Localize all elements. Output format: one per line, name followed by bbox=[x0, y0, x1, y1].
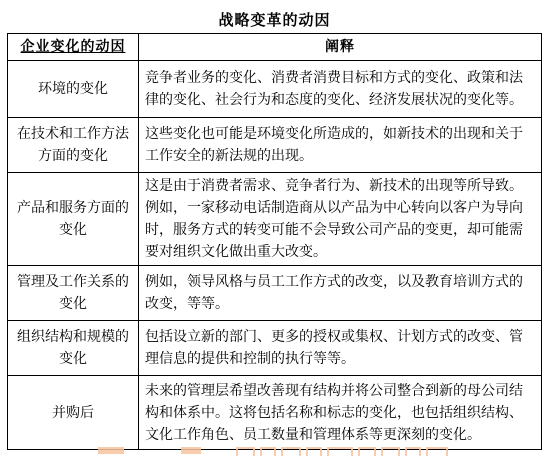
table-header-row: 企业变化的动因 阐释 bbox=[8, 34, 542, 61]
explanation-cell: 未来的管理层希望改善现有结构并将公司整合到新的母公司结构和体系中。这将包括名称和… bbox=[139, 376, 542, 450]
strategic-change-drivers-table: 企业变化的动因 阐释 环境的变化 竞争者业务的变化、消费者消费目标和方式的变化、… bbox=[7, 33, 542, 450]
table-row: 管理及工作关系的变化 例如，领导风格与员工工作方式的改变，以及教育培训方式的改变… bbox=[8, 266, 542, 321]
cause-cell: 环境的变化 bbox=[8, 61, 139, 118]
explanation-cell: 竞争者业务的变化、消费者消费目标和方式的变化、政策和法律的变化、社会行为和态度的… bbox=[139, 61, 542, 118]
cause-cell: 并购后 bbox=[8, 376, 139, 450]
table-row: 并购后 未来的管理层希望改善现有结构并将公司整合到新的母公司结构和体系中。这将包… bbox=[8, 376, 542, 450]
table-row: 在技术和工作方法方面的变化 这些变化也可能是环境变化所造成的，如新技术的出现和关… bbox=[8, 118, 542, 173]
explanation-cell: 例如，领导风格与员工工作方式的改变，以及教育培训方式的改变，等等。 bbox=[139, 266, 542, 321]
header-cell-explanation: 阐释 bbox=[139, 34, 542, 61]
cause-cell: 产品和服务方面的变化 bbox=[8, 173, 139, 266]
table-row: 组织结构和规模的变化 包括设立新的部门、更多的授权或集权、计划方式的改变、管理信… bbox=[8, 321, 542, 376]
table-row: 环境的变化 竞争者业务的变化、消费者消费目标和方式的变化、政策和法律的变化、社会… bbox=[8, 61, 542, 118]
cause-cell: 组织结构和规模的变化 bbox=[8, 321, 139, 376]
header-cause-label: 企业变化的动因 bbox=[21, 39, 126, 55]
explanation-cell: 包括设立新的部门、更多的授权或集权、计划方式的改变、管理信息的提供和控制的执行等… bbox=[139, 321, 542, 376]
explanation-cell: 这是由于消费者需求、竞争者行为、新技术的出现等所导致。例如，一家移动电话制造商从… bbox=[139, 173, 542, 266]
cause-cell: 管理及工作关系的变化 bbox=[8, 266, 139, 321]
header-cell-cause: 企业变化的动因 bbox=[8, 34, 139, 61]
page-title: 战略变革的动因 bbox=[0, 0, 549, 30]
table-row: 产品和服务方面的变化 这是由于消费者需求、竞争者行为、新技术的出现等所导致。例如… bbox=[8, 173, 542, 266]
cause-cell: 在技术和工作方法方面的变化 bbox=[8, 118, 139, 173]
explanation-cell: 这些变化也可能是环境变化所造成的，如新技术的出现和关于工作安全的新法规的出现。 bbox=[139, 118, 542, 173]
